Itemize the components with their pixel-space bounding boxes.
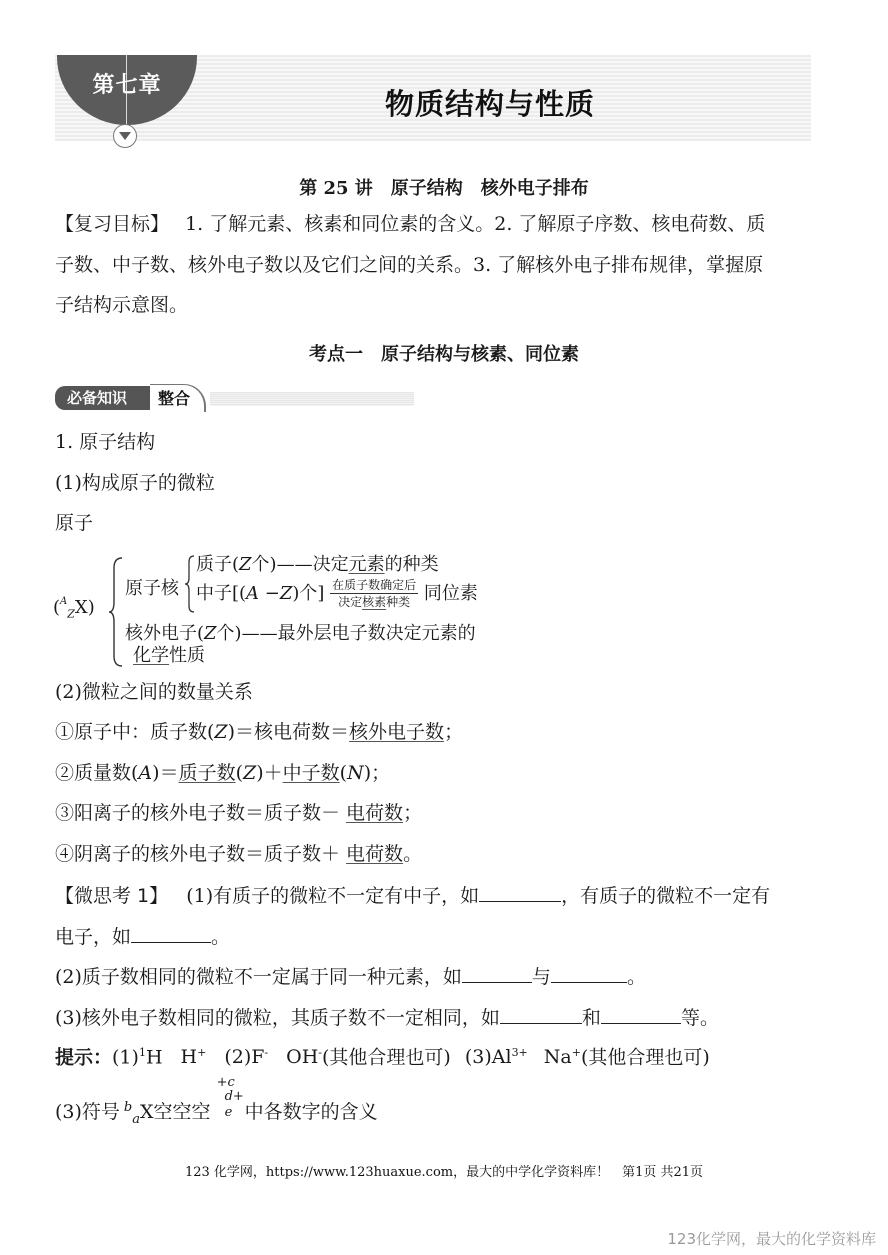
neutron-line: 中子[(A −Z)个] 在质子数确定后 决定核素种类 同位素 — [196, 578, 478, 610]
atom-label: 原子 — [55, 514, 93, 533]
section1-heading: 1. 原子结构 — [55, 433, 155, 452]
section1-sub1: (1)构成原子的微粒 — [55, 474, 215, 493]
section2-heading: (2)微粒之间的数量关系 — [55, 683, 253, 702]
lecture-title: 第 25 讲 原子结构 核外电子排布 — [0, 174, 888, 200]
section-badge-bar — [210, 392, 414, 406]
watermark: 123化学网，最大的化学资料库 — [667, 1228, 876, 1249]
section3-line: (3)符号baX空空空 +c d+ e 中各数字的含义 — [55, 1098, 378, 1126]
answer-blank[interactable] — [131, 926, 211, 943]
ion-notation: +c d+ e — [217, 1098, 245, 1118]
chapter-label: 第七章 — [57, 68, 197, 99]
relation-3: ③阳离子的核外电子数＝质子数－ 电荷数； — [55, 804, 422, 823]
answer-blank[interactable] — [551, 966, 627, 983]
section-badge-dark: 必备知识 — [55, 386, 157, 410]
answer-blank[interactable] — [462, 966, 532, 983]
micro-think-q1: 【微思考 1】 (1)有质子的微粒不一定有中子，如，有质子的微粒不一定有 — [55, 885, 770, 906]
down-triangle-circle-icon — [113, 124, 137, 148]
answer-blank[interactable] — [479, 885, 561, 902]
kaodian-title: 考点一 原子结构与核素、同位素 — [0, 340, 888, 366]
relation-1: ①原子中：质子数(Z)＝核电荷数＝核外电子数； — [55, 723, 463, 742]
nuclide-symbol: (AZX) — [53, 597, 95, 621]
chapter-title: 物质结构与性质 — [300, 82, 680, 123]
electron-line-2: 化学性质 — [133, 647, 205, 665]
micro-think-tag: 【微思考 1】 — [55, 885, 168, 907]
hint-label: 提示： — [55, 1046, 112, 1068]
electron-line: 核外电子(Z个)——最外层电子数决定元素的 — [125, 625, 476, 643]
review-goals-line-2: 子数、中子数、核外电子数以及它们之间的关系。3. 了解核外电子排布规律，掌握原 — [55, 256, 763, 275]
relation-4: ④阴离子的核外电子数＝质子数＋ 电荷数。 — [55, 845, 422, 864]
answer-blank[interactable] — [500, 1007, 582, 1024]
big-brace-icon — [108, 556, 124, 668]
page-footer: 123 化学网，https://www.123huaxue.com，最大的中学化… — [0, 1161, 888, 1180]
small-brace-icon — [184, 554, 196, 614]
relation-2: ②质量数(A)＝质子数(Z)＋中子数(N)； — [55, 764, 390, 783]
micro-think-q1-cont: 电子，如。 — [55, 926, 230, 947]
review-goals-tag: 【复习目标】 — [55, 213, 169, 235]
answer-blank[interactable] — [601, 1007, 681, 1024]
proton-line: 质子(Z个)——决定元素的种类 — [196, 556, 439, 574]
review-goals-line-1: 【复习目标】 1. 了解元素、核素和同位素的含义。2. 了解原子序数、核电荷数、… — [55, 215, 765, 234]
review-goals-line-3: 子结构示意图。 — [55, 296, 188, 315]
nucleus-label: 原子核 — [125, 580, 179, 598]
micro-think-q3: (3)核外电子数相同的微粒，其质子数不一定相同，如和等。 — [55, 1007, 719, 1028]
neutron-fraction: 在质子数确定后 决定核素种类 — [330, 578, 418, 610]
micro-think-q2: (2)质子数相同的微粒不一定属于同一种元素，如与。 — [55, 966, 646, 987]
section-badge-light: 整合 — [150, 384, 206, 412]
hint-line: 提示：(1)1HH+(2)F-OH-(其他合理也可)(3)Al3+Na+(其他合… — [55, 1047, 710, 1067]
